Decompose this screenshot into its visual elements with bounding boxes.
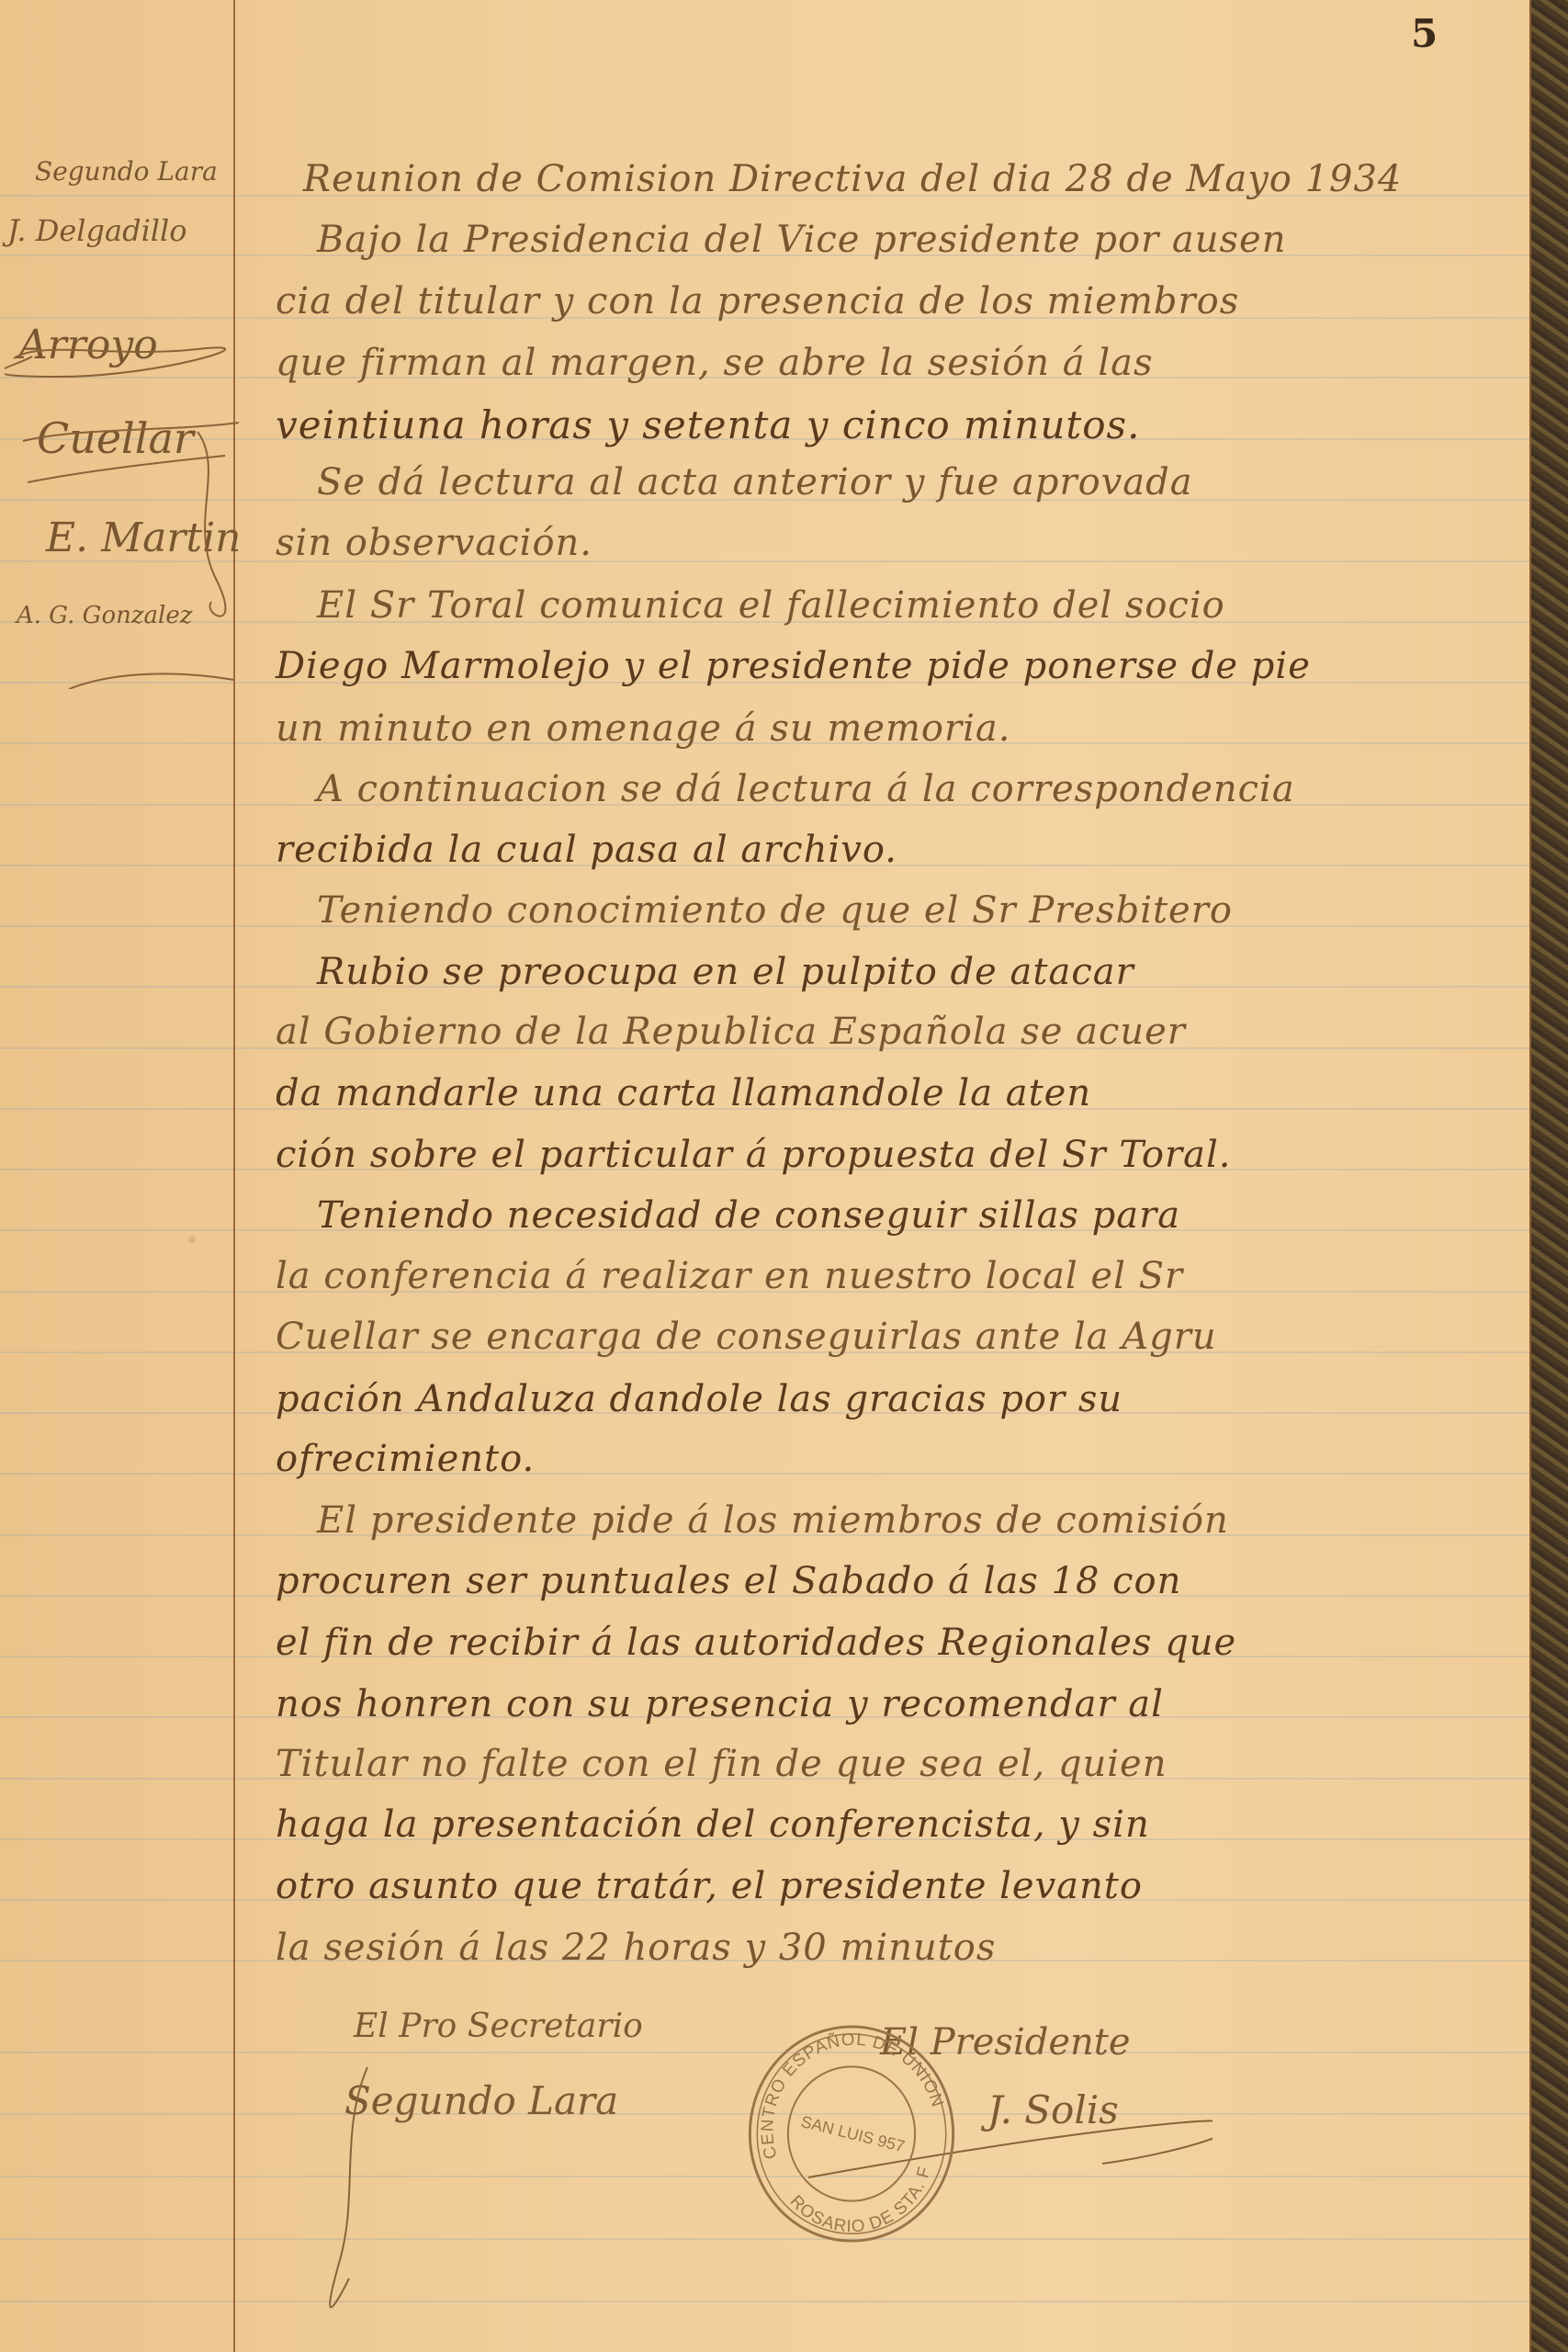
ruled-line	[0, 2301, 1529, 2302]
minutes-line: cia del titular y con la presencia de lo…	[276, 280, 1239, 322]
minutes-line: la conferencia á realizar en nuestro loc…	[276, 1255, 1183, 1297]
minutes-line: El presidente pide á los miembros de com…	[317, 1499, 1229, 1542]
minutes-title-line: Reunion de Comision Directiva del dia 28…	[303, 158, 1402, 200]
organization-stamp: CENTRO ESPAÑOL DE UNION REPUBLICANA ROSA…	[742, 2021, 961, 2246]
minutes-line: Teniendo conocimiento de que el Sr Presb…	[317, 889, 1233, 932]
page-number: 5	[1411, 11, 1438, 56]
paper-stain	[188, 1236, 196, 1243]
minutes-line: Bajo la Presidencia del Vice presidente …	[317, 219, 1286, 261]
minutes-line: la sesión á las 22 horas y 30 minutos	[276, 1927, 996, 1969]
minutes-line: recibida la cual pasa al archivo.	[276, 829, 897, 871]
minutes-line: sin observación.	[276, 522, 592, 564]
minutes-line: Cuellar se encarga de conseguirlas ante …	[276, 1316, 1217, 1358]
minutes-line: al Gobierno de la Republica Española se …	[276, 1011, 1186, 1053]
minutes-line: nos honren con su presencia y recomendar…	[276, 1683, 1164, 1725]
minutes-line: da mandarle una carta llamandole la aten	[276, 1072, 1091, 1114]
minutes-line: procuren ser puntuales el Sabado á las 1…	[276, 1560, 1181, 1602]
margin-signature: Segundo Lara	[35, 156, 218, 187]
margin-signature: J. Delgadillo	[7, 213, 187, 248]
minutes-line: Rubio se preocupa en el pulpito de ataca…	[317, 951, 1134, 993]
minutes-line: ción sobre el particular á propuesta del…	[276, 1134, 1231, 1176]
minutes-line: ofrecimiento.	[276, 1438, 535, 1480]
book-binding	[1529, 0, 1568, 2352]
minutes-line: haga la presentación del conferencista, …	[276, 1804, 1150, 1846]
minutes-line: Se dá lectura al acta anterior y fue apr…	[317, 461, 1193, 503]
minutes-line: Diego Marmolejo y el presidente pide pon…	[276, 645, 1311, 687]
minutes-line: el fin de recibir á las autoridades Regi…	[276, 1622, 1236, 1664]
secretary-flourish	[312, 2058, 423, 2334]
minutes-line: Teniendo necesidad de conseguir sillas p…	[317, 1194, 1180, 1237]
minutes-line: Titular no falte con el fin de que sea e…	[276, 1743, 1167, 1785]
ledger-page: 5 Segundo Lara J. Delgadillo Arroyo Cuel…	[0, 0, 1529, 2352]
minutes-line: A continuacion se dá lectura á la corres…	[317, 768, 1295, 810]
minutes-line: otro asunto que tratár, el presidente le…	[276, 1865, 1143, 1907]
signature-flourishes	[5, 248, 243, 689]
minutes-line: un minuto en omenage á su memoria.	[276, 707, 1010, 750]
minutes-line: pación Andaluza dandole las gracias por …	[276, 1378, 1122, 1420]
minutes-line: que firman al margen, se abre la sesión …	[276, 342, 1154, 384]
secretary-title: El Pro Secretario	[354, 2007, 643, 2045]
stamp-center-text: SAN LUIS 957	[799, 2112, 907, 2155]
ruled-line	[0, 1473, 1529, 1475]
minutes-line: veintiuna horas y setenta y cinco minuto…	[276, 402, 1140, 447]
minutes-line: El Sr Toral comunica el fallecimiento de…	[317, 584, 1225, 627]
